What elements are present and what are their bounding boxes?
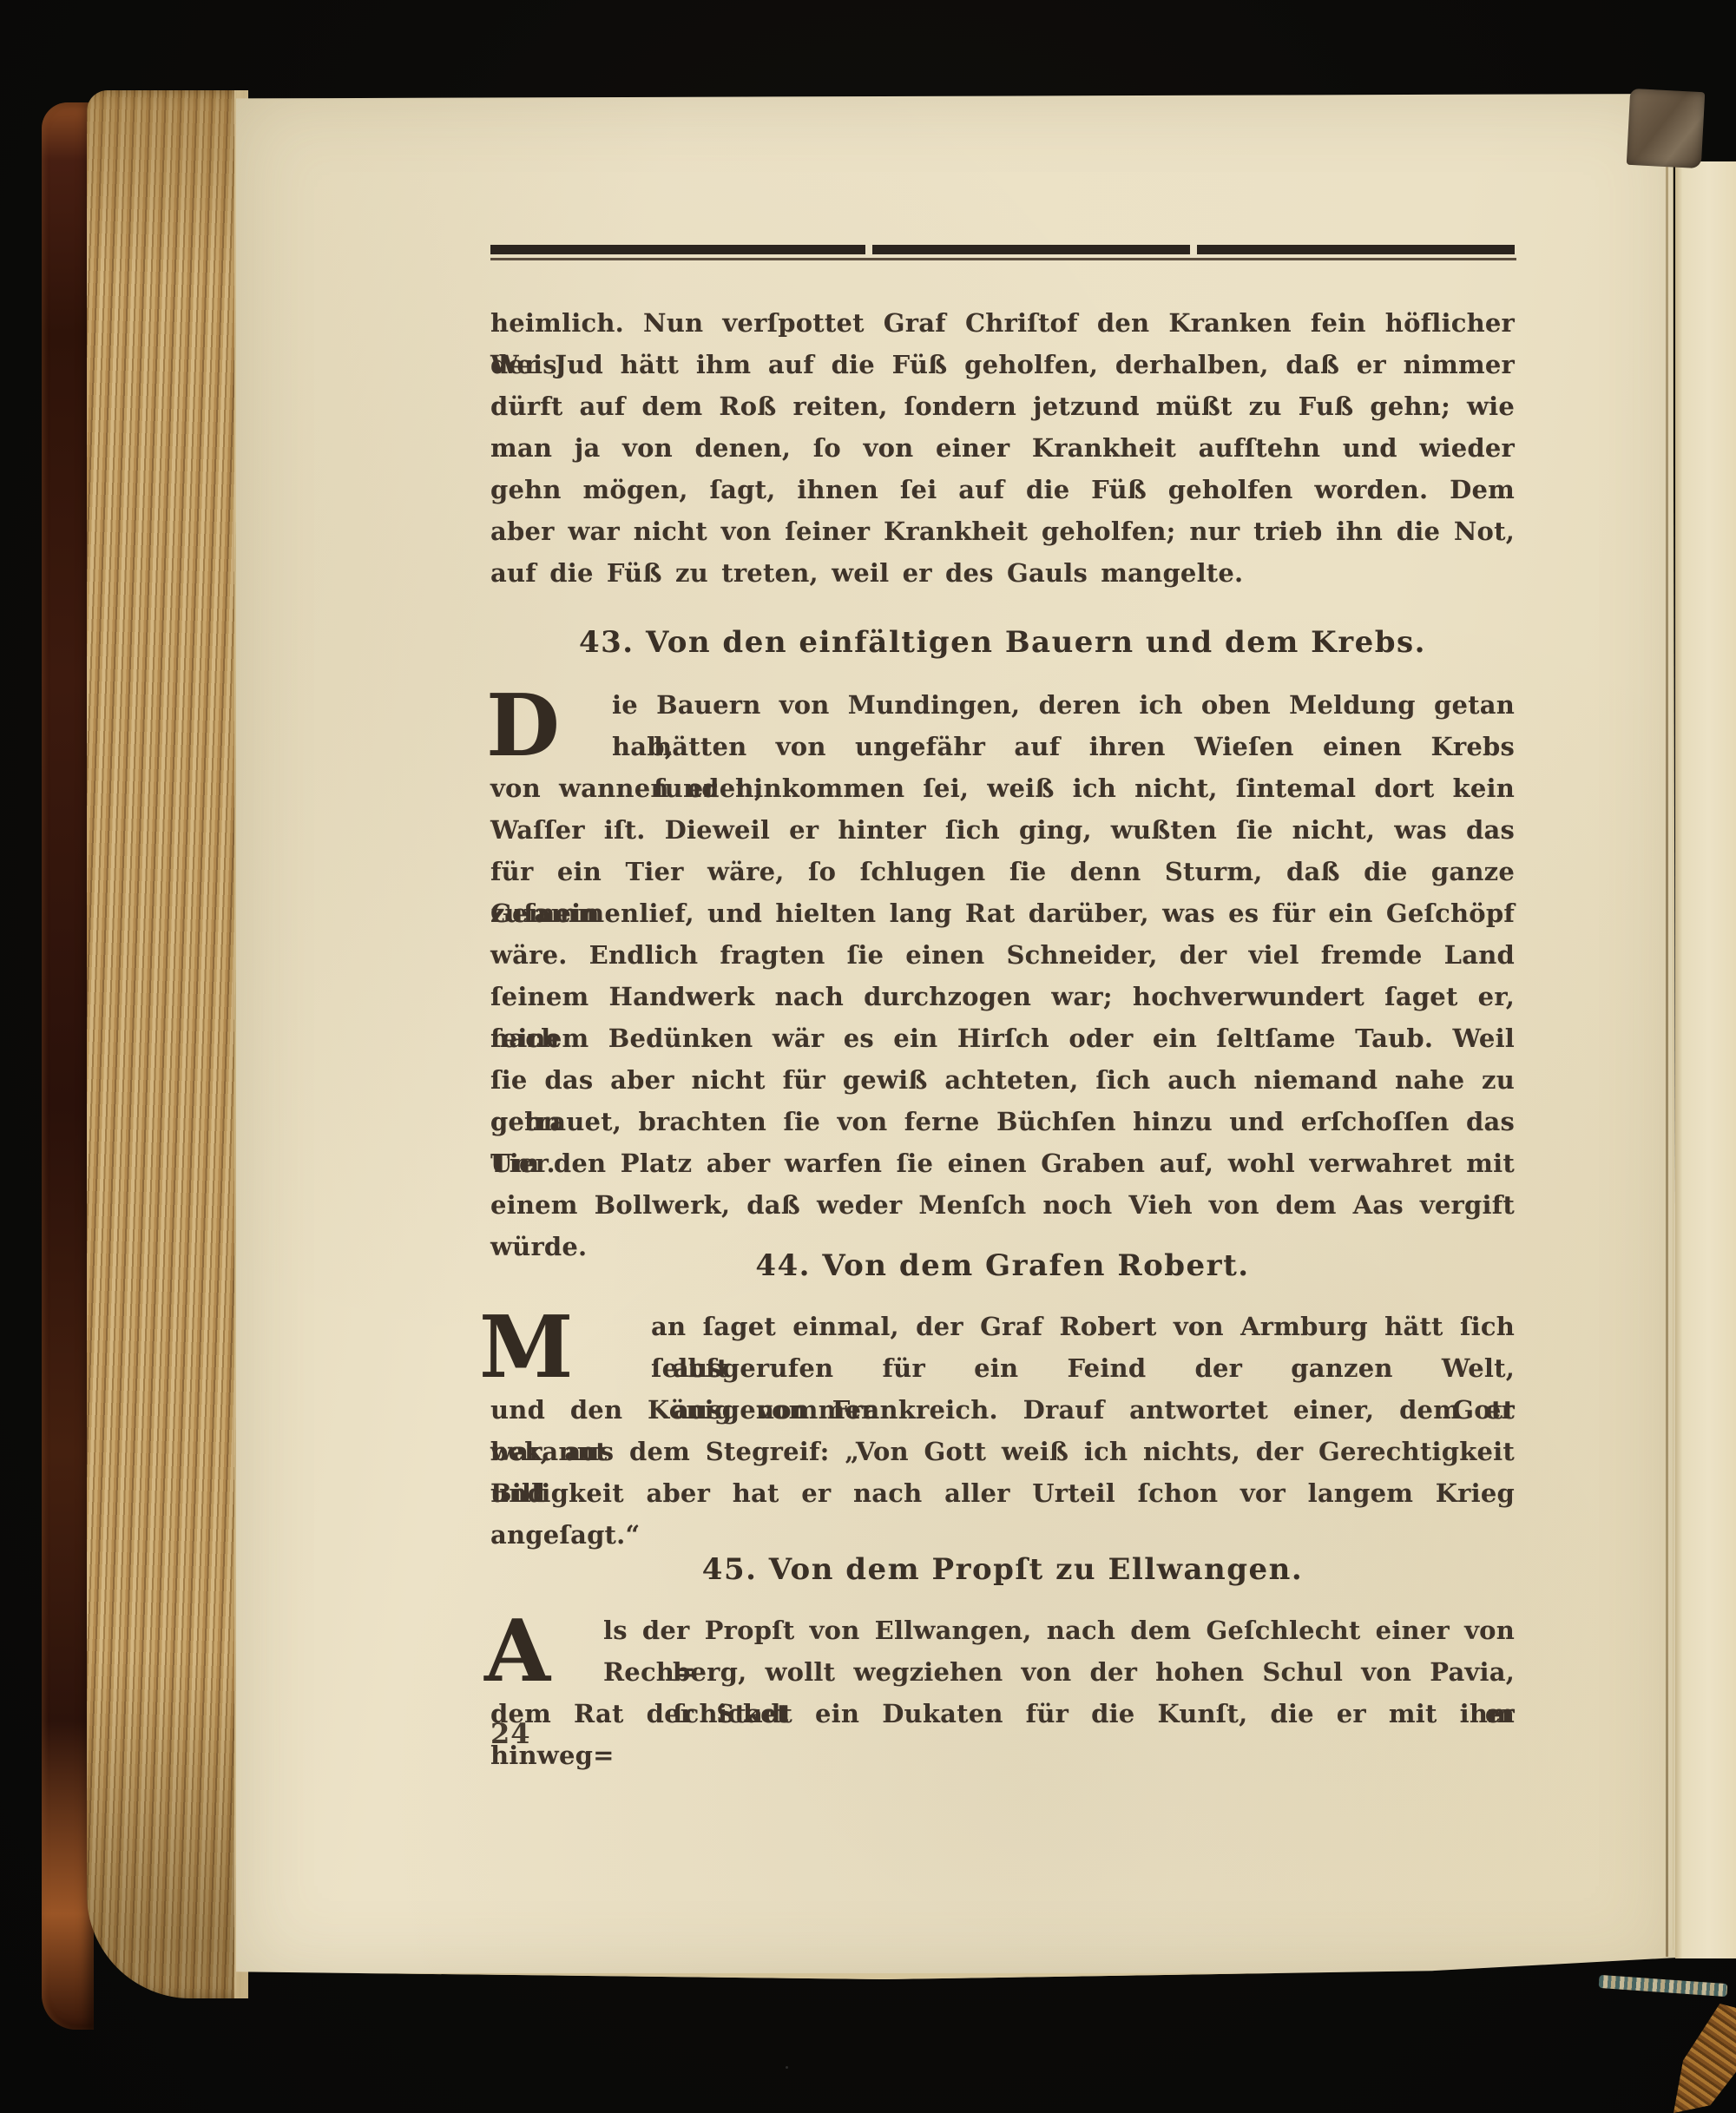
text-line: ſeinem Bedünken wär es ein Hirſch oder e…: [490, 1017, 1515, 1059]
text-line: heimlich. Nun verſpottet Graf Chriſtof d…: [490, 302, 1515, 344]
text-line: an ſaget einmal, der Graf Robert von Arm…: [490, 1306, 1515, 1347]
text-line: berg, wollt wegziehen von der hohen Schu…: [490, 1651, 1515, 1693]
text-line: Um den Platz aber warfen ſie einen Grabe…: [490, 1142, 1515, 1184]
page-number: 24: [490, 1717, 531, 1750]
text-line: ls der Propſt von Ellwangen, nach dem Ge…: [490, 1609, 1515, 1651]
text-line: auf die Füß zu treten, weil er des Gauls…: [490, 552, 1515, 594]
text-line: war, aus dem Stegreif: „Von Gott weiß ic…: [490, 1431, 1515, 1472]
paragraph: heimlich. Nun verſpottet Graf Chriſtof d…: [490, 302, 1515, 594]
text-line: einem Bollwerk, daß weder Menſch noch Vi…: [490, 1184, 1515, 1226]
text-line: gehn mögen, ſagt, ihnen ſei auf die Füß …: [490, 469, 1515, 510]
text-line: man ja von denen, ſo von einer Krankheit…: [490, 427, 1515, 469]
section-heading: 45. Von dem Propſt zu Ellwangen.: [490, 1544, 1515, 1596]
section-heading: 44. Von dem Grafen Robert.: [490, 1240, 1515, 1292]
text-line: zuſammenlief, und hielten lang Rat darüb…: [490, 892, 1515, 934]
text-line: dem Rat der Stadt ein Dukaten für die Ku…: [490, 1693, 1515, 1735]
text-line: Waſſer iſt. Dieweil er hinter ſich ging,…: [490, 809, 1515, 851]
text-line: wäre. Endlich fragten ſie einen Schneide…: [490, 934, 1515, 976]
text-layer: heimlich. Nun verſpottet Graf Chriſtof d…: [0, 0, 1736, 2113]
paragraph: an ſaget einmal, der Graf Robert von Arm…: [490, 1306, 1515, 1514]
text-line: hätten von ungefähr auf ihren Wieſen ein…: [490, 726, 1515, 767]
text-line: ſie das aber nicht für gewiß achteten, ſ…: [490, 1059, 1515, 1101]
text-line: von wannen er hinkommen ſei, weiß ich ni…: [490, 767, 1515, 809]
text-line: aber war nicht von ſeiner Krankheit geho…: [490, 510, 1515, 552]
paragraph: ls der Propſt von Ellwangen, nach dem Ge…: [490, 1609, 1515, 1735]
text-line: der Jud hätt ihm auf die Füß geholfen, d…: [490, 344, 1515, 385]
text-line: ausgerufen für ein Feind der ganzen Welt…: [490, 1347, 1515, 1389]
text-line: ie Bauern von Mundingen, deren ich oben …: [490, 684, 1515, 726]
text-line: Billigkeit aber hat er nach aller Urteil…: [490, 1472, 1515, 1514]
section-heading: 43. Von den einfältigen Bauern und dem K…: [490, 616, 1515, 668]
text-line: ſeinem Handwerk nach durchzogen war; hoc…: [490, 976, 1515, 1017]
text-line: getrauet, brachten ſie von ferne Büchſen…: [490, 1101, 1515, 1142]
text-line: für ein Tier wäre, ſo ſchlugen ſie denn …: [490, 851, 1515, 892]
photo-background: heimlich. Nun verſpottet Graf Chriſtof d…: [0, 0, 1736, 2113]
text-line: und den König von Frankreich. Drauf antw…: [490, 1389, 1515, 1431]
paragraph: ie Bauern von Mundingen, deren ich oben …: [490, 684, 1515, 1226]
text-line: dürft auf dem Roß reiten, ſondern jetzun…: [490, 385, 1515, 427]
